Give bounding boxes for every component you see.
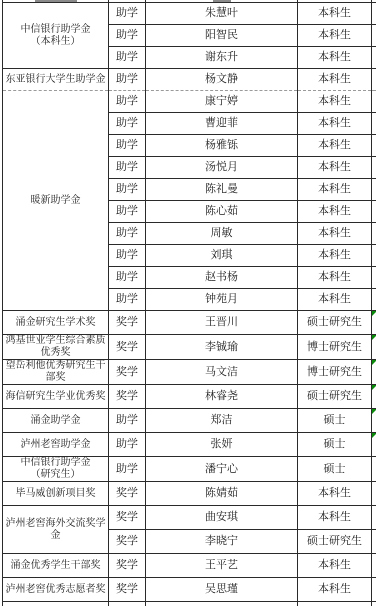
clipped-next-column-cell <box>372 91 376 113</box>
degree-level-cell[interactable]: 本科生 <box>298 113 372 135</box>
student-name-cell[interactable]: 林睿尧 <box>146 385 298 409</box>
table-row: 东亚银行大学生助学金助学杨文静本科生 <box>3 69 376 91</box>
table-row: 暖新助学金助学康宁婷本科生 <box>3 91 376 113</box>
table-row: 望岳利他优秀研究生干 部奖奖学马文洁博士研究生 <box>3 360 376 385</box>
student-name-cell[interactable]: 王晋川 <box>146 311 298 335</box>
clipped-next-column-cell <box>372 409 376 433</box>
clipped-next-column-cell <box>372 530 376 554</box>
clipped-next-column-cell <box>372 135 376 157</box>
degree-level-cell[interactable]: 本科生 <box>298 506 372 530</box>
award-type-cell[interactable]: 助学 <box>109 267 146 289</box>
clipped-next-column-cell <box>372 69 376 91</box>
student-name-cell[interactable]: 朱慧叶 <box>146 3 298 25</box>
degree-level-cell[interactable]: 本科生 <box>298 554 372 578</box>
award-type-cell[interactable]: 助学 <box>109 69 146 91</box>
scholarship-name-cell[interactable]: 中信银行助学金 （研究生） <box>3 457 109 482</box>
table-row: 泸州老窖优秀志愿者奖奖学吴思瑾本科生 <box>3 578 376 602</box>
degree-level-cell[interactable]: 本科生 <box>298 135 372 157</box>
cell-comment-flag-icon <box>372 433 376 438</box>
award-type-cell[interactable]: 奖学 <box>109 482 146 506</box>
table-row: 中信银行助学金 （本科生）助学朱慧叶本科生 <box>3 3 376 25</box>
degree-level-cell[interactable]: 硕士 <box>298 409 372 433</box>
clipped-next-column-cell <box>372 245 376 267</box>
degree-level-cell[interactable]: 本科生 <box>298 267 372 289</box>
student-name-cell[interactable]: 陈心茹 <box>146 201 298 223</box>
award-type-cell[interactable]: 助学 <box>109 157 146 179</box>
degree-level-cell[interactable]: 本科生 <box>298 47 372 69</box>
scholarship-name-cell[interactable]: 涌金研究生学术奖 <box>3 311 109 335</box>
clipped-next-column-cell <box>372 201 376 223</box>
table-row: 中信银行助学金 （研究生）助学潘宁心硕士 <box>3 457 376 482</box>
student-name-cell[interactable]: 马文洁 <box>146 360 298 385</box>
clipped-next-column-cell <box>372 554 376 578</box>
student-name-cell[interactable]: 康宁婷 <box>146 91 298 113</box>
scholarship-name-cell[interactable]: 东亚银行大学生助学金 <box>3 69 109 91</box>
student-name-cell[interactable]: 吴思瑾 <box>146 578 298 602</box>
award-type-cell[interactable]: 奖学 <box>109 360 146 385</box>
clipped-next-column-cell <box>372 457 376 482</box>
student-name-cell[interactable]: 李铖瑜 <box>146 335 298 360</box>
cell-comment-flag-icon <box>372 335 376 340</box>
award-type-cell[interactable]: 助学 <box>109 25 146 47</box>
student-name-cell[interactable]: 陈婧茹 <box>146 482 298 506</box>
table-row: 涌金优秀学生干部奖奖学王平艺本科生 <box>3 554 376 578</box>
award-type-cell[interactable]: 奖学 <box>109 554 146 578</box>
clipped-cell <box>298 602 372 606</box>
student-name-cell[interactable]: 谢东升 <box>146 47 298 69</box>
student-name-cell[interactable]: 曲安琪 <box>146 506 298 530</box>
student-name-cell[interactable]: 陈礼曼 <box>146 179 298 201</box>
award-type-cell[interactable]: 助学 <box>109 409 146 433</box>
clipped-next-column-cell <box>372 179 376 201</box>
clipped-cell <box>146 602 298 606</box>
student-name-cell[interactable]: 刘琪 <box>146 245 298 267</box>
degree-level-cell[interactable]: 本科生 <box>298 289 372 311</box>
clipped-next-column-cell <box>372 3 376 25</box>
clipped-next-column-cell <box>372 223 376 245</box>
award-type-cell[interactable]: 奖学 <box>109 335 146 360</box>
clipped-next-column-cell <box>372 289 376 311</box>
student-name-cell[interactable]: 曹迎菲 <box>146 113 298 135</box>
clipped-next-column-cell <box>372 25 376 47</box>
student-name-cell[interactable]: 周敏 <box>146 223 298 245</box>
student-name-cell[interactable]: 郑洁 <box>146 409 298 433</box>
award-type-cell[interactable]: 助学 <box>109 135 146 157</box>
award-type-cell[interactable]: 助学 <box>109 223 146 245</box>
table-row: 涌金研究生学术奖奖学王晋川硕士研究生 <box>3 311 376 335</box>
award-type-cell[interactable]: 奖学 <box>109 578 146 602</box>
award-type-cell[interactable]: 助学 <box>109 201 146 223</box>
clipped-next-column-cell <box>372 47 376 69</box>
award-type-cell[interactable]: 助学 <box>109 47 146 69</box>
clipped-next-column-cell <box>372 335 376 360</box>
award-type-cell[interactable]: 奖学 <box>109 530 146 554</box>
degree-level-cell[interactable]: 本科生 <box>298 157 372 179</box>
student-name-cell[interactable]: 李晓宁 <box>146 530 298 554</box>
degree-level-cell[interactable]: 硕士研究生 <box>298 530 372 554</box>
degree-level-cell[interactable]: 本科生 <box>298 179 372 201</box>
degree-level-cell[interactable]: 硕士研究生 <box>298 311 372 335</box>
scholarship-name-cell[interactable]: 望岳利他优秀研究生干 部奖 <box>3 360 109 385</box>
degree-level-cell[interactable]: 本科生 <box>298 201 372 223</box>
cell-comment-flag-icon <box>372 409 376 414</box>
scholarship-name-cell[interactable]: 暖新助学金 <box>3 91 109 311</box>
table-row: 鸿基世业学生综合素质 优秀奖奖学李铖瑜博士研究生 <box>3 335 376 360</box>
award-type-cell[interactable]: 助学 <box>109 3 146 25</box>
scholarship-name-cell[interactable]: 涌金优秀学生干部奖 <box>3 554 109 578</box>
award-type-cell[interactable]: 奖学 <box>109 311 146 335</box>
student-name-cell[interactable]: 杨雅铄 <box>146 135 298 157</box>
scholarship-name-cell[interactable]: 中信银行助学金 （本科生） <box>3 3 109 69</box>
table-row: 泸州老窖助学金助学张妍硕士 <box>3 433 376 457</box>
award-type-cell[interactable]: 奖学 <box>109 506 146 530</box>
award-type-cell[interactable]: 助学 <box>109 113 146 135</box>
student-name-cell[interactable]: 阳智民 <box>146 25 298 47</box>
award-type-cell[interactable]: 助学 <box>109 289 146 311</box>
student-name-cell[interactable]: 王平艺 <box>146 554 298 578</box>
degree-level-cell[interactable]: 本科生 <box>298 3 372 25</box>
degree-level-cell[interactable]: 硕士 <box>298 433 372 457</box>
scholarship-name-cell[interactable]: 鸿基世业学生综合素质 优秀奖 <box>3 335 109 360</box>
award-type-cell[interactable]: 奖学 <box>109 385 146 409</box>
clipped-cell <box>109 602 146 606</box>
cell-comment-flag-icon <box>372 385 376 390</box>
degree-level-cell[interactable]: 博士研究生 <box>298 360 372 385</box>
award-type-cell[interactable]: 助学 <box>109 245 146 267</box>
scholarship-name-cell[interactable]: 泸州老窖优秀志愿者奖 <box>3 578 109 602</box>
degree-level-cell[interactable]: 本科生 <box>298 69 372 91</box>
student-name-cell[interactable]: 汤悦月 <box>146 157 298 179</box>
table-row-partial-bottom <box>3 602 376 606</box>
spreadsheet-table-crop: 中信银行助学金 （本科生）助学朱慧叶本科生助学阳智民本科生助学谢东升本科生东亚银… <box>0 0 376 606</box>
table-row: 海信研究生学业优秀奖奖学林睿尧硕士研究生 <box>3 385 376 409</box>
student-name-cell[interactable]: 杨文静 <box>146 69 298 91</box>
scholarship-name-cell[interactable]: 涌金助学金 <box>3 409 109 433</box>
degree-level-cell[interactable]: 硕士研究生 <box>298 385 372 409</box>
degree-level-cell[interactable]: 博士研究生 <box>298 335 372 360</box>
scholarship-name-cell[interactable]: 海信研究生学业优秀奖 <box>3 385 109 409</box>
scholarship-name-cell[interactable]: 泸州老窖助学金 <box>3 433 109 457</box>
clipped-next-column-cell <box>372 385 376 409</box>
clipped-next-column-cell <box>372 578 376 602</box>
clipped-next-column-cell <box>372 506 376 530</box>
scholarship-name-cell[interactable]: 泸州老窖海外交流奖学 金 <box>3 506 109 554</box>
student-name-cell[interactable]: 赵书杨 <box>146 267 298 289</box>
clipped-next-column-cell <box>372 157 376 179</box>
table-row: 毕马威创新项目奖奖学陈婧茹本科生 <box>3 482 376 506</box>
degree-level-cell[interactable]: 本科生 <box>298 91 372 113</box>
degree-level-cell[interactable]: 本科生 <box>298 578 372 602</box>
clipped-next-column-cell <box>372 267 376 289</box>
award-type-cell[interactable]: 助学 <box>109 179 146 201</box>
table-bottom-partial-row <box>3 602 376 606</box>
award-type-cell[interactable]: 助学 <box>109 433 146 457</box>
clipped-cell <box>3 602 109 606</box>
degree-level-cell[interactable]: 硕士 <box>298 457 372 482</box>
cell-comment-flag-icon <box>372 311 376 316</box>
degree-level-cell[interactable]: 本科生 <box>298 482 372 506</box>
award-type-cell[interactable]: 助学 <box>109 457 146 482</box>
scholarship-name-cell[interactable]: 毕马威创新项目奖 <box>3 482 109 506</box>
student-name-cell[interactable]: 张妍 <box>146 433 298 457</box>
student-name-cell[interactable]: 钟苑月 <box>146 289 298 311</box>
clipped-next-column-cell <box>372 482 376 506</box>
clipped-next-column-cell <box>372 360 376 385</box>
scholarship-table: 中信银行助学金 （本科生）助学朱慧叶本科生助学阳智民本科生助学谢东升本科生东亚银… <box>2 0 376 606</box>
degree-level-cell[interactable]: 本科生 <box>298 245 372 267</box>
clipped-next-column-cell <box>372 433 376 457</box>
student-name-cell[interactable]: 潘宁心 <box>146 457 298 482</box>
degree-level-cell[interactable]: 本科生 <box>298 25 372 47</box>
cell-comment-flag-icon <box>372 360 376 365</box>
award-type-cell[interactable]: 助学 <box>109 91 146 113</box>
clipped-cell <box>372 602 376 606</box>
degree-level-cell[interactable]: 本科生 <box>298 223 372 245</box>
table-row: 涌金助学金助学郑洁硕士 <box>3 409 376 433</box>
clipped-next-column-cell <box>372 311 376 335</box>
table-row: 泸州老窖海外交流奖学 金奖学曲安琪本科生 <box>3 506 376 530</box>
table-body: 中信银行助学金 （本科生）助学朱慧叶本科生助学阳智民本科生助学谢东升本科生东亚银… <box>3 3 376 602</box>
clipped-next-column-cell <box>372 113 376 135</box>
